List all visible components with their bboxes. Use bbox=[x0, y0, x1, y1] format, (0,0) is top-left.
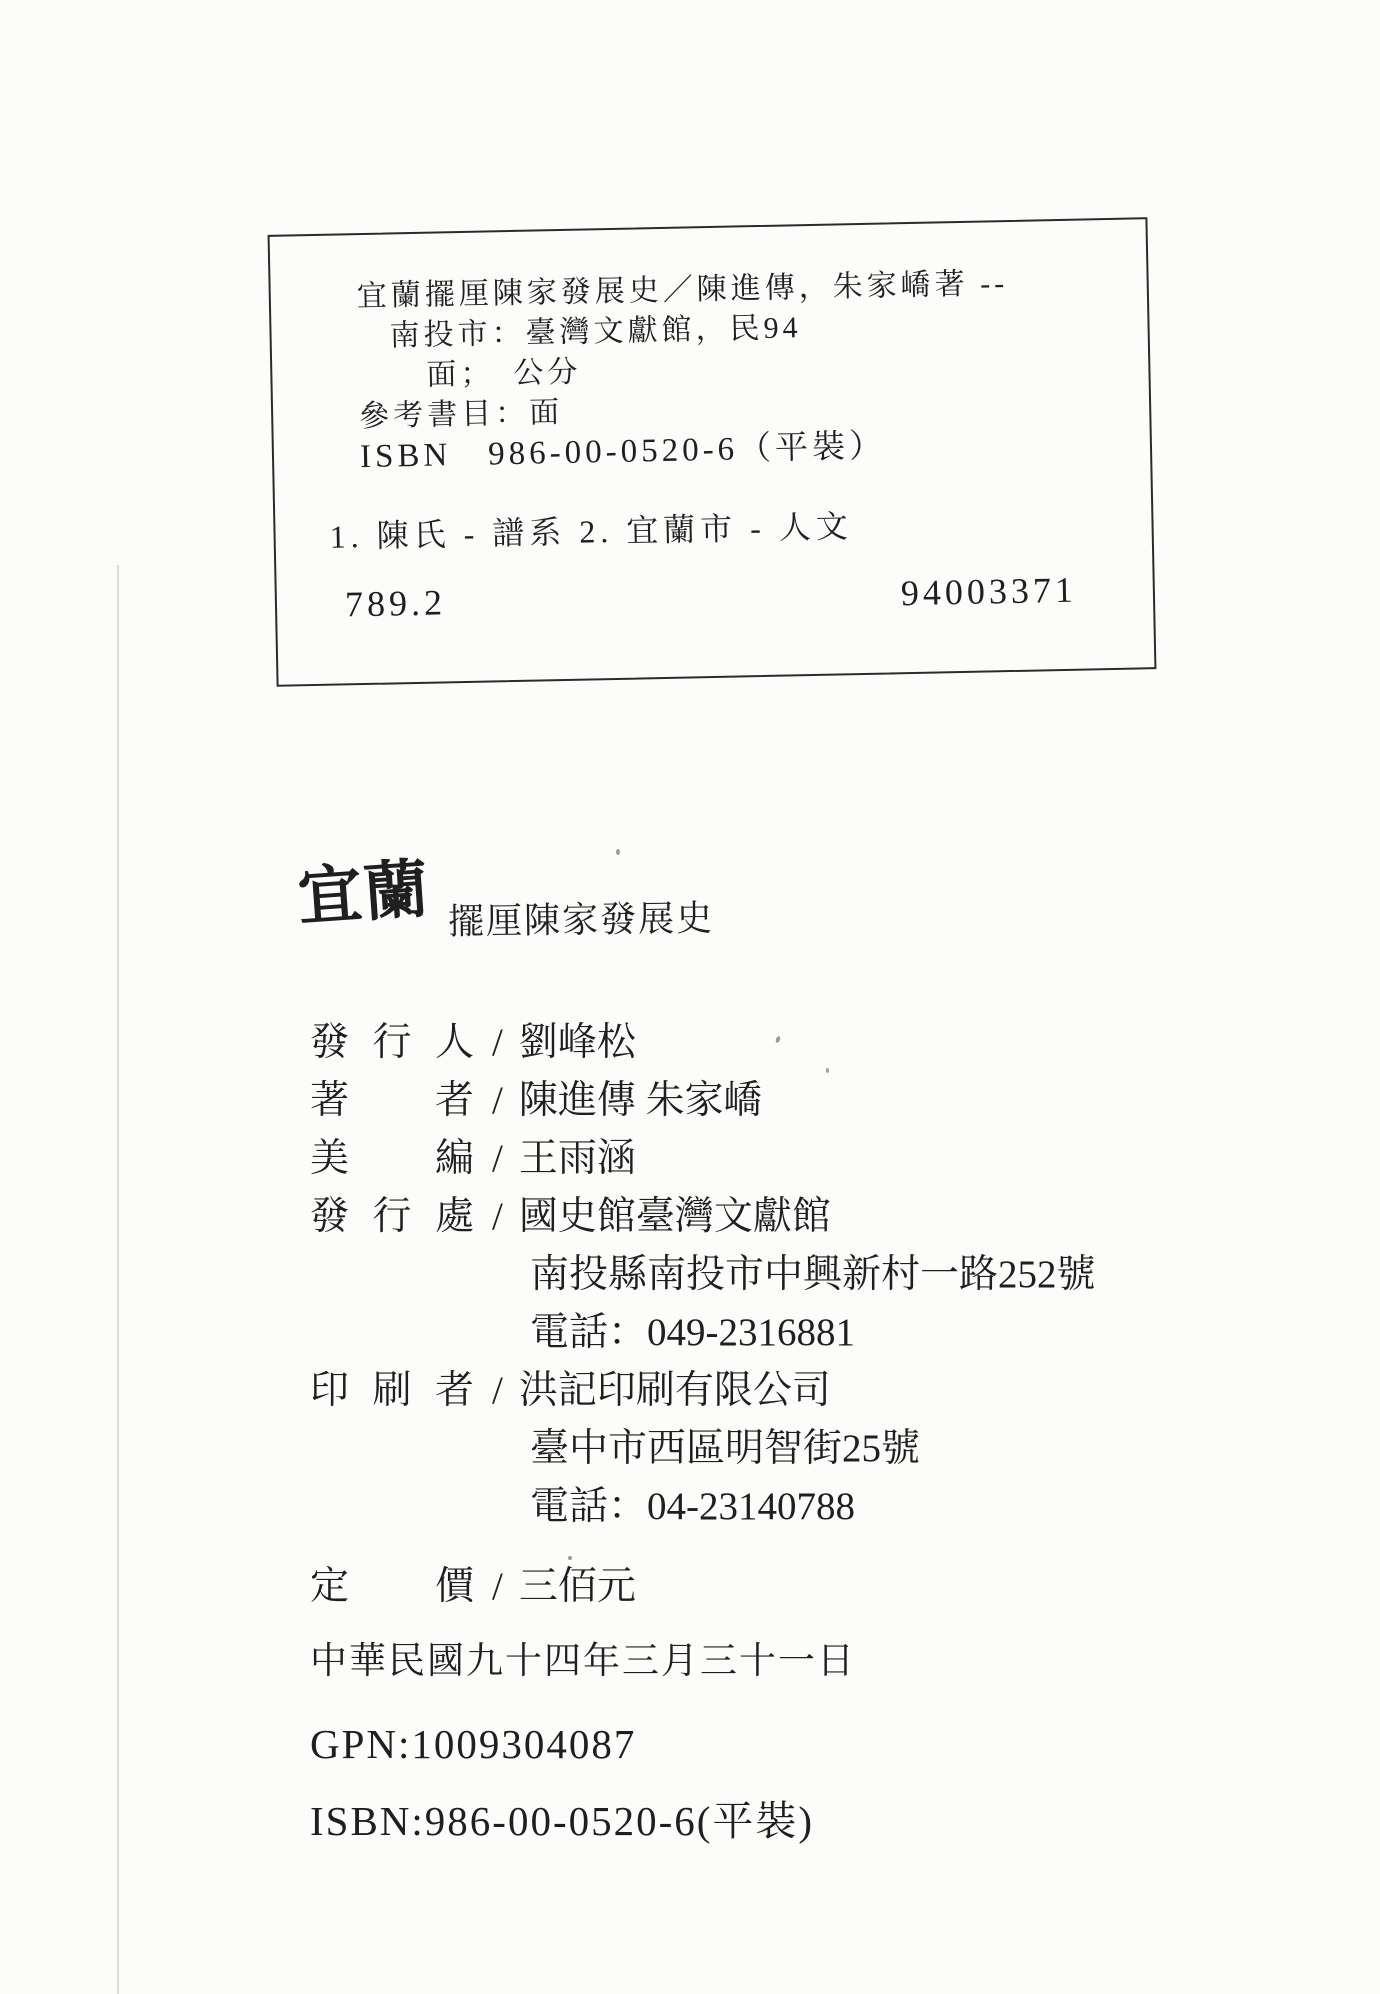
row-separator: / bbox=[492, 1188, 503, 1246]
row-separator: / bbox=[492, 1072, 503, 1130]
row-label: 發行人 bbox=[310, 1014, 474, 1072]
row-value: 王雨涵 bbox=[519, 1137, 636, 1180]
row-label: 印刷者 bbox=[310, 1362, 474, 1420]
colophon: 發行人/劉峰松 著者/陳進傳 朱家嶠 美編/王雨涵 發行處/國史館臺灣文獻館 南… bbox=[310, 1014, 1096, 1850]
row-separator: / bbox=[492, 1362, 503, 1420]
publication-date: 中華民國九十四年三月三十一日 bbox=[310, 1633, 1096, 1691]
colophon-row-publisher-person: 發行人/劉峰松 bbox=[310, 1014, 1096, 1072]
printer-phone: 電話：04-23140788 bbox=[310, 1478, 1096, 1536]
colophon-row-art-editor: 美編/王雨涵 bbox=[310, 1130, 1096, 1188]
row-label: 發行處 bbox=[310, 1188, 474, 1246]
isbn-number: ISBN:986-00-0520-6(平裝) bbox=[310, 1792, 1096, 1850]
scanned-colophon-page: 宜蘭擺厘陳家發展史／陳進傳，朱家嶠著 -- 南投市：臺灣文獻館，民94 面； 公… bbox=[0, 0, 1380, 1994]
colophon-row-publisher-office: 發行處/國史館臺灣文獻館 bbox=[310, 1188, 1096, 1246]
row-value: 劉峰松 bbox=[519, 1021, 636, 1064]
colophon-row-price: 定價/三佰元 bbox=[310, 1558, 1096, 1616]
row-value: 洪記印刷有限公司 bbox=[519, 1369, 831, 1412]
row-label: 著者 bbox=[310, 1072, 474, 1130]
row-label: 定價 bbox=[310, 1558, 474, 1616]
colophon-row-authors: 著者/陳進傳 朱家嶠 bbox=[310, 1072, 1096, 1130]
cip-box: 宜蘭擺厘陳家發展史／陳進傳，朱家嶠著 -- 南投市：臺灣文獻館，民94 面； 公… bbox=[268, 217, 1157, 687]
publisher-address: 南投縣南投市中興新村一路252號 bbox=[310, 1246, 1096, 1304]
gpn-number: GPN:1009304087 bbox=[310, 1715, 1096, 1773]
row-value: 陳進傳 朱家嶠 bbox=[519, 1079, 763, 1122]
printer-address: 臺中市西區明智街25號 bbox=[310, 1420, 1096, 1478]
cip-class-number: 789.2 bbox=[345, 581, 447, 625]
scan-artifact-line bbox=[117, 565, 119, 1994]
row-separator: / bbox=[492, 1014, 503, 1072]
row-label: 美編 bbox=[310, 1130, 474, 1188]
book-title-main: 宜蘭 bbox=[295, 844, 433, 945]
book-title: 宜蘭 擺厘陳家發展史 bbox=[298, 848, 714, 943]
publisher-phone: 電話：049-2316881 bbox=[310, 1304, 1096, 1362]
row-value: 國史館臺灣文獻館 bbox=[519, 1195, 831, 1238]
row-separator: / bbox=[492, 1558, 503, 1616]
cip-record-number: 94003371 bbox=[900, 569, 1077, 615]
cip-subject-headings: 1. 陳氏 - 譜系 2. 宜蘭市 - 人文 bbox=[275, 495, 1152, 559]
row-value: 三佰元 bbox=[519, 1565, 636, 1608]
colophon-row-printer: 印刷者/洪記印刷有限公司 bbox=[310, 1362, 1096, 1420]
cip-bottom-row: 789.2 94003371 bbox=[277, 567, 1154, 627]
row-separator: / bbox=[492, 1130, 503, 1188]
book-title-subtitle: 擺厘陳家發展史 bbox=[448, 890, 715, 945]
